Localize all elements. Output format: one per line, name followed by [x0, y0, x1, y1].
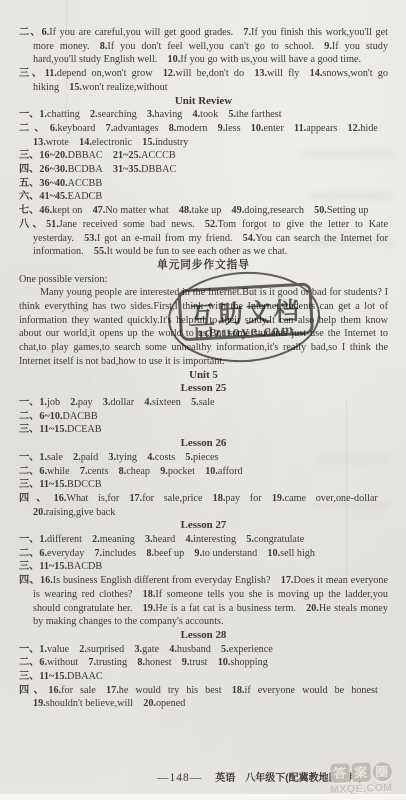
section-heading: Lesson 25	[19, 382, 388, 396]
section-heading: Unit Review	[19, 95, 388, 109]
answer-line: 二、6.while 7.cents 8.cheap 9.pocket 10.af…	[19, 465, 388, 479]
section-heading: Unit 5	[19, 369, 388, 383]
text-line: One possible version:	[19, 273, 388, 287]
answer-line: 四、16.Is business English different from …	[19, 574, 388, 629]
answer-line: 一、1.different 2.meaning 3.heard 4.intere…	[19, 533, 388, 547]
answer-line: 五、36~40.ACCBB	[19, 177, 388, 191]
answer-line: 四、26~30.BCDBA 31~35.DBBAC	[19, 163, 388, 177]
section-heading: Lesson 26	[19, 437, 388, 451]
section-heading: 单元同步作文指导	[19, 259, 388, 273]
section-heading: Lesson 27	[19, 519, 388, 533]
section-heading: Lesson 28	[19, 629, 388, 643]
scan-edge-strip	[0, 794, 406, 800]
answer-line: 四、16.for sale 17.he would try his best 1…	[19, 684, 388, 711]
answer-line: 七、46.kept on 47.No matter what 48.take u…	[19, 204, 388, 218]
watermark-glyph: 圈	[372, 762, 392, 782]
watermark-glyph-tiles: 答 案 圈	[317, 762, 404, 784]
essay-paragraph: Many young people are interested in the …	[19, 286, 388, 368]
mxqe-watermark-logo: 答 案 圈 MXQE.COM	[317, 762, 404, 797]
scanned-answer-page: 二、6.If you are careful,you will get good…	[0, 0, 406, 800]
answer-line: 二、6.If you are careful,you will get good…	[19, 26, 388, 67]
answer-line: 三、11~15.BACDB	[19, 560, 388, 574]
answer-line: 三、11~15.BDCCB	[19, 478, 388, 492]
answer-line: 四、16.What is,for 17.for sale,price 18.pa…	[19, 492, 388, 519]
answer-line: 一、1.sale 2.paid 3.tying 4.costs 5.pieces	[19, 451, 388, 465]
watermark-glyph: 答	[330, 763, 350, 783]
answer-line: 六、41~45.EADCB	[19, 190, 388, 204]
answer-line: 二、6.keyboard 7.advantages 8.modern 9.les…	[19, 122, 388, 149]
page-number: —148—	[157, 772, 202, 784]
answer-line: 三、11.depend on,won't grow 12.will be,don…	[19, 67, 388, 94]
answer-line: 二、6.without 7.trusting 8.honest 9.trust …	[19, 656, 388, 670]
answer-line: 三、16~20.DBBAC 21~25.ACCCB	[19, 149, 388, 163]
answer-line: 一、1.value 2.surprised 3.gate 4.husband 5…	[19, 643, 388, 657]
answer-line: 一、1.job 2.pay 3.dollar 4.sixteen 5.sale	[19, 396, 388, 410]
answer-line: 二、6~10.DACBB	[19, 410, 388, 424]
answer-line: 二、6.everyday 7.includes 8.beef up 9.to u…	[19, 547, 388, 561]
answer-line: 三、11~15.DBAAC	[19, 670, 388, 684]
answer-line: 一、1.chatting 2.searching 3.having 4.took…	[19, 108, 388, 122]
answer-line: 三、11~15.DCEAB	[19, 423, 388, 437]
watermark-glyph: 案	[351, 763, 371, 783]
answer-line: 八、51.Jane received some bad news. 52.Tom…	[19, 218, 388, 259]
answer-key-content: 二、6.If you are careful,you will get good…	[19, 26, 388, 711]
